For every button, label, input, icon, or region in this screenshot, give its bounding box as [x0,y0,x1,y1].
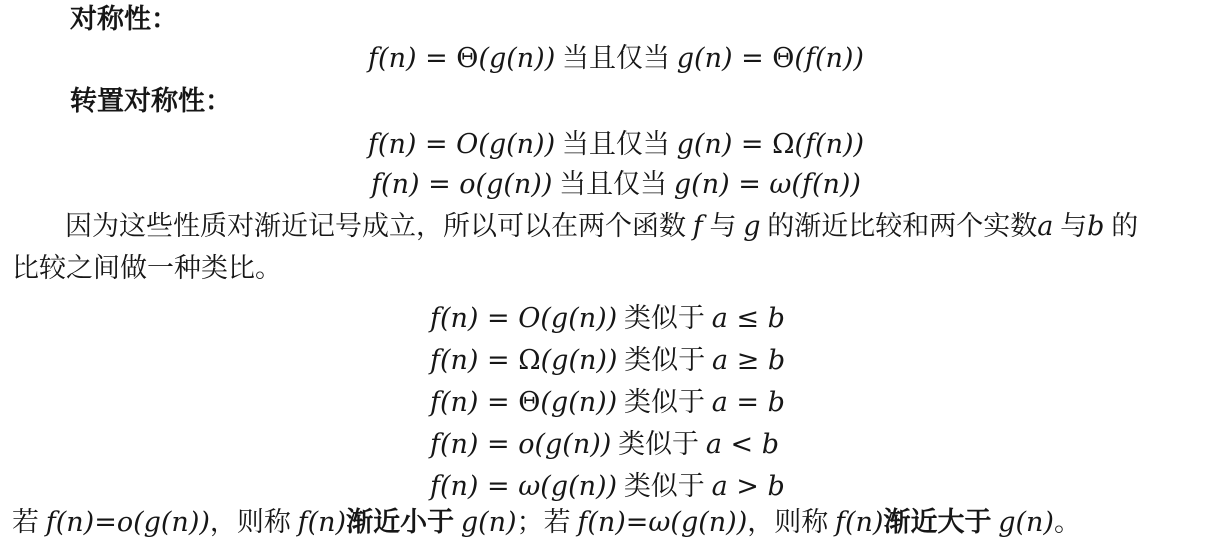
text-segment: f(n)=ω(g(n)) [577,507,747,538]
heading-symmetry: 对称性： [70,3,178,37]
text-segment: 类似于 [611,429,706,459]
text-segment: 的渐近比较和两个实数 [761,211,1038,241]
text-segment: f(n) = O(g(n)) [430,303,617,334]
text-segment: 若 [12,507,46,537]
text-segment: 对称性： [70,4,178,34]
analogy-formula-4: f(n) = o(g(n)) 类似于 a < b [430,428,779,462]
text-segment: 类似于 [617,303,712,333]
text-segment: 与 [703,211,744,241]
text-segment [454,507,461,537]
text-segment: g(n) = [677,43,773,74]
text-segment: 当且仅当 [555,129,677,159]
text-segment: f(n) = [368,43,456,74]
text-segment: 类似于 [617,345,712,375]
text-segment: 渐近大于 [883,507,991,537]
paragraph-line-2: 比较之间做一种类比。 [12,252,282,286]
text-segment: 当且仅当 [552,169,674,199]
analogy-formula-3: f(n) = Θ(g(n)) 类似于 a = b [430,386,785,420]
text-segment: a ≥ b [712,345,785,376]
text-segment: Θ [518,387,540,418]
text-segment: f(n) = O(g(n)) [368,129,555,160]
text-segment: f(n) [298,507,346,538]
text-segment: ；若 [517,507,578,537]
text-segment: Ω [772,129,794,160]
text-segment: 当且仅当 [555,43,677,73]
text-segment: f(n) = o(g(n)) [430,429,611,460]
text-segment: Θ [456,43,478,74]
text-segment: 因为这些性质对渐近记号成立，所以可以在两个函数 [65,211,693,241]
text-segment: 转置对称性： [70,86,232,116]
text-segment: 的 [1104,211,1138,241]
text-segment: g [743,211,760,242]
text-segment: a < b [706,429,779,460]
text-segment: g(n) = ω(f(n)) [674,169,861,200]
heading-transpose-symmetry: 转置对称性： [70,85,232,119]
analogy-formula-1: f(n) = O(g(n)) 类似于 a ≤ b [430,302,785,336]
text-segment: f(n)=o(g(n)) [46,507,210,538]
text-segment: f(n) [835,507,883,538]
text-segment: (f(n)) [794,43,864,74]
textbook-page: 对称性： f(n) = Θ(g(n)) 当且仅当 g(n) = Θ(f(n)) … [0,0,1232,556]
text-segment: g(n) [998,507,1054,538]
analogy-formula-2: f(n) = Ω(g(n)) 类似于 a ≥ b [430,344,785,378]
text-segment: g(n) [461,507,517,538]
text-segment: ，则称 [210,507,298,537]
text-segment: 类似于 [617,387,712,417]
text-segment: 比较之间做一种类比。 [12,253,282,283]
text-segment: a ≤ b [712,303,785,334]
text-segment: (g(n)) [478,43,555,74]
analogy-formula-5: f(n) = ω(g(n)) 类似于 a > b [430,470,785,504]
text-segment: Θ [772,43,794,74]
text-segment: b [1087,211,1104,242]
text-segment: f(n) = ω(g(n)) [430,471,617,502]
text-segment: f(n) = [430,387,518,418]
text-segment: 渐近小于 [346,507,454,537]
text-segment: (f(n)) [795,129,865,160]
formula-symmetry: f(n) = Θ(g(n)) 当且仅当 g(n) = Θ(f(n)) [0,42,1232,76]
formula-transpose-2: f(n) = o(g(n)) 当且仅当 g(n) = ω(f(n)) [0,168,1232,202]
text-segment: 与 [1053,211,1087,241]
text-segment: Ω [518,345,540,376]
text-segment: (g(n)) [540,387,617,418]
text-segment: a > b [712,471,785,502]
text-segment: a [1037,211,1053,242]
paragraph-line-1: 因为这些性质对渐近记号成立，所以可以在两个函数 f 与 g 的渐近比较和两个实数… [65,210,1138,244]
text-segment: f(n) = [430,345,518,376]
text-segment: g(n) = [677,129,773,160]
closing-line: 若 f(n)=o(g(n))，则称 f(n)渐近小于 g(n)；若 f(n)=ω… [12,506,1081,540]
text-segment: 。 [1054,507,1081,537]
formula-transpose-1: f(n) = O(g(n)) 当且仅当 g(n) = Ω(f(n)) [0,128,1232,162]
text-segment: f(n) = o(g(n)) [371,169,552,200]
text-segment: f [693,211,703,242]
text-segment: ，则称 [747,507,835,537]
text-segment: 类似于 [617,471,712,501]
text-segment: (g(n)) [541,345,618,376]
text-segment: a = b [712,387,785,418]
